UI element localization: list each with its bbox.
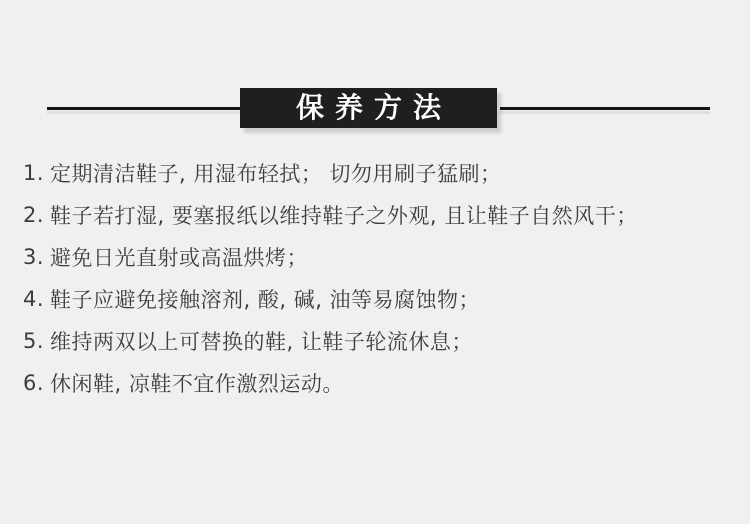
care-instruction-list: 1. 定期清洁鞋子, 用湿布轻拭； 切勿用刷子猛刷； 2. 鞋子若打湿, 要塞报… — [23, 152, 730, 404]
item-text: 鞋子应避免接触溶剂, 酸, 碱, 油等易腐蚀物； — [50, 284, 480, 314]
care-instruction-item: 3. 避免日光直射或高温烘烤； — [23, 236, 730, 278]
item-number: 1. — [23, 161, 49, 185]
item-text: 休闲鞋, 凉鞋不宜作激烈运动。 — [50, 368, 344, 398]
item-text: 维持两双以上可替换的鞋, 让鞋子轮流休息； — [50, 326, 473, 356]
care-instruction-item: 2. 鞋子若打湿, 要塞报纸以维持鞋子之外观, 且让鞋子自然风干； — [23, 194, 730, 236]
item-text: 鞋子若打湿, 要塞报纸以维持鞋子之外观, 且让鞋子自然风干； — [50, 200, 638, 230]
care-instruction-item: 1. 定期清洁鞋子, 用湿布轻拭； 切勿用刷子猛刷； — [23, 152, 730, 194]
item-text: 避免日光直射或高温烘烤； — [50, 242, 308, 272]
divider-line-right — [500, 107, 710, 110]
item-number: 3. — [23, 245, 49, 269]
item-number: 6. — [23, 371, 49, 395]
item-number: 4. — [23, 287, 49, 311]
section-title: 保养方法 — [285, 94, 452, 122]
care-instruction-item: 5. 维持两双以上可替换的鞋, 让鞋子轮流休息； — [23, 320, 730, 362]
care-instruction-item: 6. 休闲鞋, 凉鞋不宜作激烈运动。 — [23, 362, 730, 404]
care-instructions-page: 保养方法 1. 定期清洁鞋子, 用湿布轻拭； 切勿用刷子猛刷； 2. 鞋子若打湿… — [0, 0, 750, 524]
item-text: 定期清洁鞋子, 用湿布轻拭； 切勿用刷子猛刷； — [50, 158, 502, 188]
section-header: 保养方法 — [0, 88, 750, 128]
item-number: 5. — [23, 329, 49, 353]
care-instruction-item: 4. 鞋子应避免接触溶剂, 酸, 碱, 油等易腐蚀物； — [23, 278, 730, 320]
divider-line-left — [47, 107, 240, 110]
item-number: 2. — [23, 203, 49, 227]
section-title-banner: 保养方法 — [240, 88, 497, 128]
